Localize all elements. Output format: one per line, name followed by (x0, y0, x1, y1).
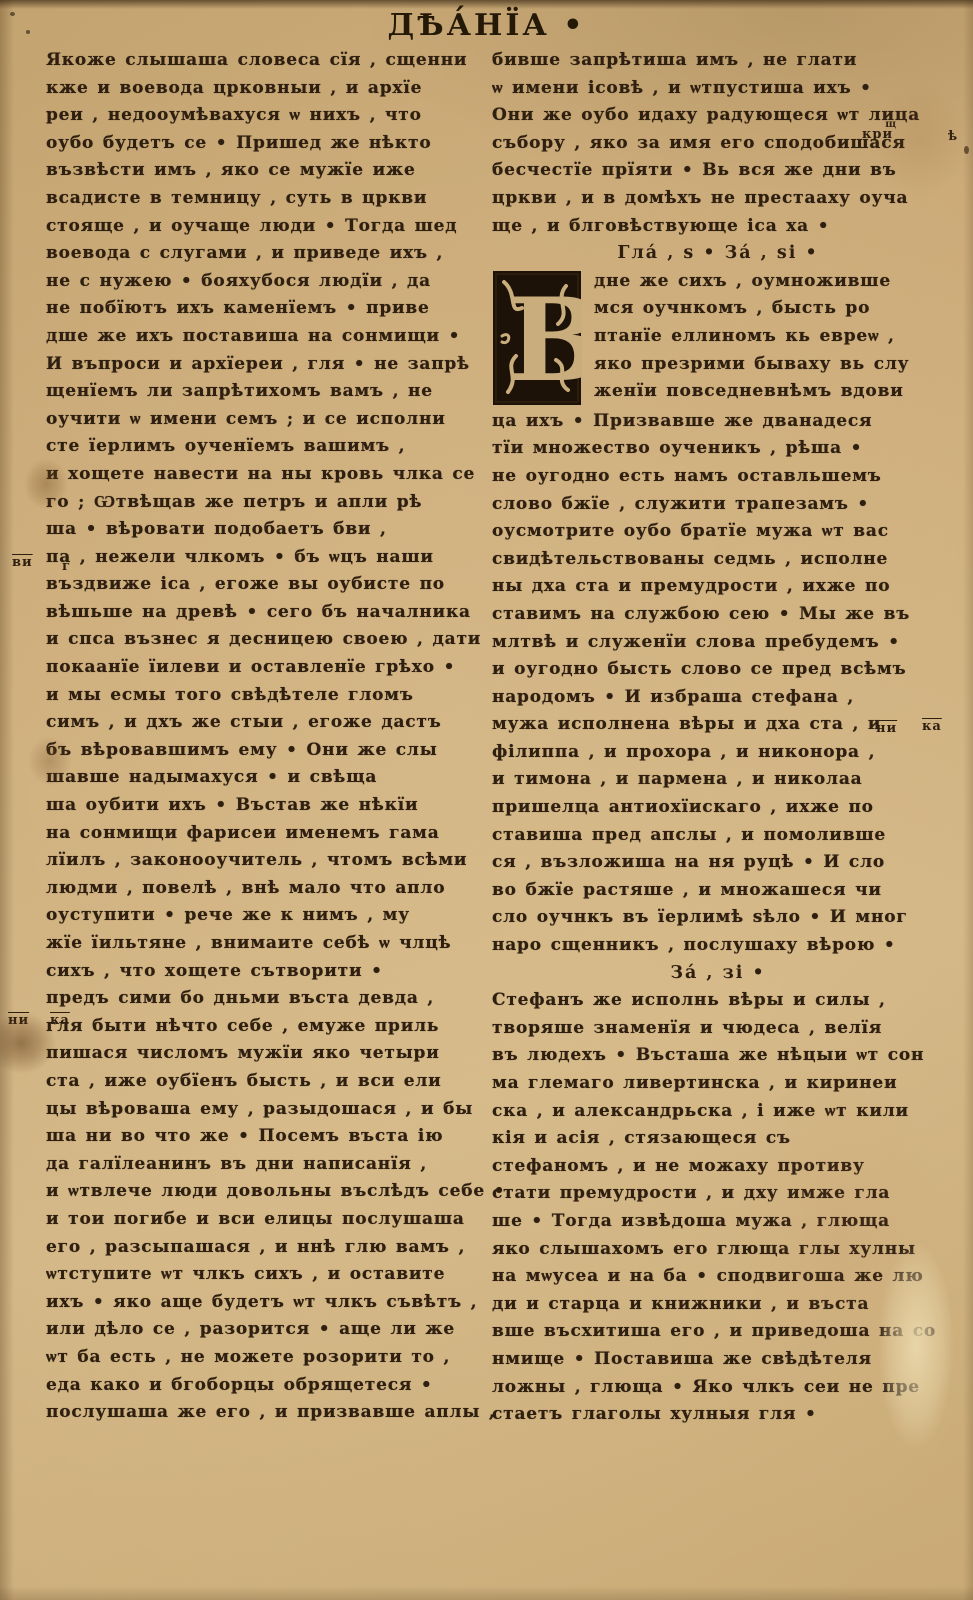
text-line: ще , и блговѣствующе іса ха • (492, 213, 944, 241)
right-text-column: бивше запрѣтиша имъ , не глатиѡ имени іс… (492, 47, 944, 1429)
section-heading: За́ , зі • (492, 960, 944, 988)
text-line: еда како и бгоборцы обрящетеся • (46, 1372, 484, 1400)
text-line: на мѡусеа и на ба • сподвигоша же лю (492, 1263, 944, 1291)
text-line: стояще , и оучаще люди • Тогда шед (46, 213, 484, 241)
text-line: Они же оубо идаху радующеся ѡт лица (492, 102, 944, 130)
text-line: и мы есмы того свѣдѣтеле гломъ (46, 682, 484, 710)
text-line: стаетъ глаголы хулныя гля • (492, 1401, 944, 1429)
text-line: въ людехъ • Въсташа же нѣцыи ѡт сон (492, 1042, 944, 1070)
text-line: ша ни во что же • Посемъ въста ію (46, 1123, 484, 1151)
text-line: оучити ѡ имени семъ ; и се исполни (46, 406, 484, 434)
text-line: гля быти нѣчто себе , емуже приль (46, 1013, 484, 1041)
margin-note-left-letter: г (62, 560, 71, 573)
text-line: ся , възложиша на ня руцѣ • И сло (492, 849, 944, 877)
text-line: и хощете навести на ны кровь члка се (46, 461, 484, 489)
text-line: жїе їильтяне , внимаите себѣ ѡ члцѣ (46, 930, 484, 958)
margin-note-right-a: ни (876, 722, 897, 735)
paragraph-acts5-end: бивше запрѣтиша имъ , не глатиѡ имени іс… (492, 47, 944, 240)
text-line: воевода с слугами , и приведе ихъ , (46, 240, 484, 268)
running-header: ДѢА́НЇА • (0, 8, 973, 43)
text-line: кія и асія , стязающеся съ (492, 1125, 944, 1153)
ornate-initial-woodcut: В (492, 270, 582, 406)
text-line: възвѣсти имъ , яко се мужїе иже (46, 157, 484, 185)
text-line: сло оучнкъ въ їерлимѣ ѕѣло • И мног (492, 904, 944, 932)
text-line: філиппа , и прохора , и никонора , (492, 739, 944, 767)
chapter-heading: Гла́ , ѕ • За́ , ѕі • (492, 240, 944, 268)
text-line: И въпроси и архїереи , гля • не запрѣ (46, 351, 484, 379)
text-line: бивше запрѣтиша имъ , не глати (492, 47, 944, 75)
text-line: го ; Ѡтвѣщав же петръ и апли рѣ (46, 489, 484, 517)
text-line: ставиша пред апслы , и помоливше (492, 822, 944, 850)
text-line: и тимона , и пармена , и николаа (492, 766, 944, 794)
left-text-column: Якоже слышаша словеса сїя , сщенникже и … (46, 47, 484, 1427)
text-line: ставимъ на службою сею • Мы же въ (492, 601, 944, 629)
text-line: ша • вѣровати подобаетъ бви , (46, 516, 484, 544)
text-line: слово бжїе , служити трапезамъ • (492, 491, 944, 519)
woodcut-initial-icon: В (492, 270, 582, 406)
text-line: кже и воевода црковныи , и архїе (46, 75, 484, 103)
margin-note-left-b: ка (50, 1014, 70, 1027)
svg-text:В: В (508, 273, 582, 406)
text-line: не оугодно есть намъ оставльшемъ (492, 463, 944, 491)
ink-speck (26, 30, 30, 34)
text-line: пришелца антиохїискаго , ихже по (492, 794, 944, 822)
text-line: оусмотрите оубо братїе мужа ѡт вас (492, 518, 944, 546)
text-line: и тои погибе и вси елицы послушаша (46, 1206, 484, 1234)
text-line: его , разсыпашася , и ннѣ глю вамъ , (46, 1234, 484, 1262)
text-line: ди и старца и книжники , и въста (492, 1291, 944, 1319)
text-line: да галїлеанинъ въ дни написанїя , (46, 1151, 484, 1179)
text-line: Якоже слышаша словеса сїя , сщенни (46, 47, 484, 75)
text-line: шавше надымахуся • и свѣща (46, 764, 484, 792)
text-line: и спса възнес я десницею своею , дати (46, 626, 484, 654)
text-line: ѡт ба есть , не можете розорити то , (46, 1344, 484, 1372)
text-line: послушаша же его , и призвавше аплы , (46, 1399, 484, 1427)
text-line: свидѣтельствованы седмь , исполне (492, 546, 944, 574)
text-line: оуступити • рече же к нимъ , му (46, 902, 484, 930)
text-line: пишася числомъ мужїи яко четыри (46, 1040, 484, 1068)
text-line: народомъ • И избраша стефана , (492, 684, 944, 712)
text-line: дше же ихъ поставиша на сонмищи • (46, 323, 484, 351)
margin-note-left-top: ви (12, 556, 33, 569)
book-page: ДѢА́НЇА • Якоже слышаша словеса сїя , сщ… (0, 0, 973, 1600)
text-line: въздвиже іса , егоже вы оубисте по (46, 571, 484, 599)
text-line: на сонмищи фарисеи именемъ гама (46, 820, 484, 848)
text-line: оубо будетъ се • Пришед же нѣкто (46, 130, 484, 158)
margin-note-superscript: щ (885, 118, 897, 131)
text-line: щенїемъ ли запрѣтихомъ вамъ , не (46, 378, 484, 406)
text-line: бесчестїе прїяти • Вь вся же дни въ (492, 157, 944, 185)
text-line: сте їерлимъ оученїемъ вашимъ , (46, 433, 484, 461)
text-line: во бжїе растяше , и множашеся чи (492, 877, 944, 905)
text-line: предъ сими бо дньми въста девда , (46, 985, 484, 1013)
text-line: тїи множество оученикъ , рѣша • (492, 435, 944, 463)
text-line: людми , повелѣ , внѣ мало что апло (46, 875, 484, 903)
text-line: Стефанъ же исполнь вѣры и силы , (492, 987, 944, 1015)
text-line: всадисте в темницу , суть в цркви (46, 185, 484, 213)
text-line: реи , недооумѣвахуся ѡ нихъ , что (46, 102, 484, 130)
text-line: ны дха ста и премудрости , ихже по (492, 573, 944, 601)
text-line: вѣшьше на древѣ • сего бъ началника (46, 599, 484, 627)
text-line: ска , и александрьска , і иже ѡт кили (492, 1098, 944, 1126)
text-line: ѡтступите ѡт члкъ сихъ , и оставите (46, 1261, 484, 1289)
ink-speck (10, 12, 15, 16)
text-line: симъ , и дхъ же стыи , егоже дастъ (46, 709, 484, 737)
text-line: ше • Тогда извѣдоша мужа , глюща (492, 1208, 944, 1236)
text-line: бъ вѣровавшимъ ему • Они же слы (46, 737, 484, 765)
margin-note-left-a: ни (8, 1014, 29, 1027)
text-line: ша оубити ихъ • Въстав же нѣкїи (46, 792, 484, 820)
text-line: яко слышахомъ его глюща глы хулны (492, 1236, 944, 1264)
margin-edge-mark: ѣ (948, 130, 958, 143)
text-line: ста , иже оубїенъ бысть , и вси ели (46, 1068, 484, 1096)
paragraph-acts6-stephen: Стефанъ же исполнь вѣры и силы ,творяше … (492, 987, 944, 1429)
text-line: ихъ • яко аще будетъ ѡт члкъ съвѣтъ , (46, 1289, 484, 1317)
text-line: цркви , и в домѣхъ не престааху оуча (492, 185, 944, 213)
text-line: не побїютъ ихъ каменїемъ • приве (46, 295, 484, 323)
text-line: млтвѣ и служенїи слова пребудемъ • (492, 629, 944, 657)
text-line: или дѣло се , разорится • аще ли же (46, 1316, 484, 1344)
text-line: ложны , глюща • Яко члкъ сеи не пре (492, 1374, 944, 1402)
text-line: и ѡтвлече люди довольны въслѣдъ себе • (46, 1178, 484, 1206)
paragraph-acts6: ца ихъ • Призвавше же дванадесятїи множе… (492, 408, 944, 960)
text-line: стефаномъ , и не можаху противу (492, 1153, 944, 1181)
text-line: ма глемаго ливертинска , и киринеи (492, 1070, 944, 1098)
text-line: наро сщенникъ , послушаху вѣрою • (492, 932, 944, 960)
initial-paragraph: В дне же сихъ , оумножившемся оучнкомъ ,… (492, 268, 944, 408)
text-line: ѡ имени ісовѣ , и ѡтпустиша ихъ • (492, 75, 944, 103)
text-line: творяше знаменїя и чюдеса , велїя (492, 1015, 944, 1043)
margin-note-right-top: крищ (862, 128, 893, 141)
text-line: и оугодно бысть слово се пред всѣмъ (492, 656, 944, 684)
margin-note-right-b: ка (922, 720, 942, 733)
text-line: цы вѣроваша ему , разыдошася , и бы (46, 1096, 484, 1124)
text-line: нмище • Поставиша же свѣдѣтеля (492, 1346, 944, 1374)
text-line: лїилъ , законооучитель , чтомъ всѣми (46, 847, 484, 875)
text-line: ца ихъ • Призвавше же дванадеся (492, 408, 944, 436)
text-line: па , нежели члкомъ • бъ ѡцъ наши (46, 544, 484, 572)
text-line: сихъ , что хощете сътворити • (46, 958, 484, 986)
text-line: вше въсхитиша его , и приведоша на со (492, 1318, 944, 1346)
ink-speck (964, 146, 969, 154)
text-line: стати премудрости , и дху имже гла (492, 1180, 944, 1208)
text-line: не с нужею • бояхубося людїи , да (46, 268, 484, 296)
text-line: покаанїе їилеви и оставленїе грѣхо • (46, 654, 484, 682)
